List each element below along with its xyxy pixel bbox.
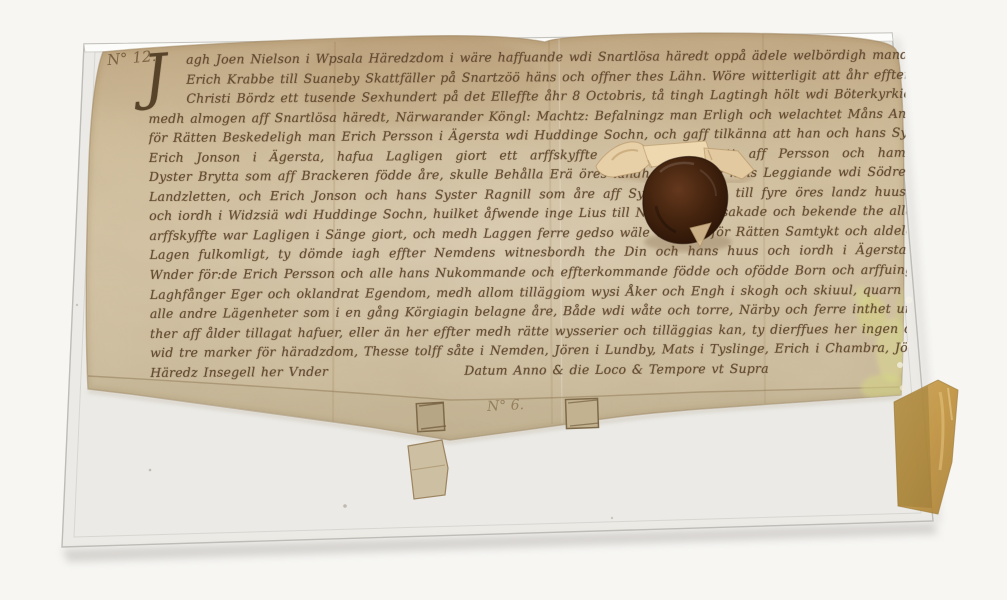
glass-speck (611, 517, 613, 519)
plica-slit-2 (566, 398, 599, 428)
glass-speck (343, 504, 347, 508)
seal-tag (408, 440, 448, 499)
annotation-number-6: N° 6. (487, 397, 525, 415)
photo-of-parchment-charter: J agh Joen Nielson i Wpsala Häredzdom i … (0, 0, 1007, 600)
manuscript-text-block: agh Joen Nielson i Wpsala Häredzdom i wä… (148, 45, 907, 395)
glass-speck (149, 469, 152, 472)
glass-speck (76, 304, 78, 306)
plica-slit-1 (416, 402, 446, 431)
